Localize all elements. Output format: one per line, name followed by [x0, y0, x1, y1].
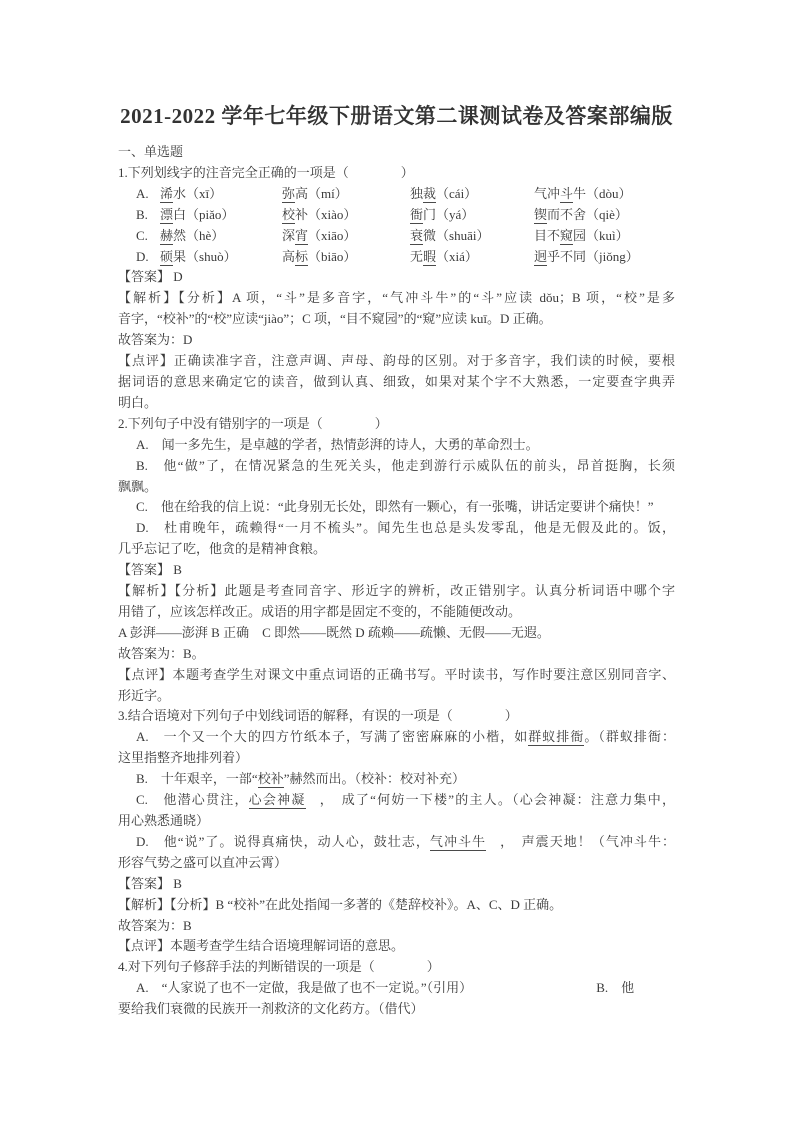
q3-option-a-line1-text: A. 一个又一个大的四方竹纸本子，写满了密密麻麻的小楷，如 [136, 729, 528, 744]
q3-option-c-line2: 用心熟悉通晓） [118, 811, 675, 832]
q1-option-d-cell-1-text: （biāo） [308, 249, 356, 264]
q1-analysis-line2-text: 音字，“校补”的“校”应读“jiào”；C 项，“目不窥园”的“窥”应读 kuī… [118, 311, 552, 326]
section-heading: 一、单选题 [118, 142, 675, 163]
q1-option-d-cell-1-underlined-text: 标 [295, 249, 308, 266]
q2-analysis-line2: 用错了，应该怎样改正。成语的用字都是固定不变的，不能随便改动。 [118, 602, 675, 623]
q2-stem: 2.下列句子中没有错别字的一项是（ ） [118, 414, 675, 435]
q3-option-d-line2-text: 形容气势之盛可以直冲云霄） [118, 855, 287, 870]
q3-option-a-line1: A. 一个又一个大的四方竹纸本子，写满了密密麻麻的小楷，如群蚁排衙。（群蚁排衙： [118, 727, 675, 748]
q1-option-c: C.赫然（hè）深宵（xiāo）衰微（shuāi）目不窥园（kuì） [118, 226, 675, 247]
q1-option-a-cell-2-underlined-text: 裁 [423, 186, 436, 203]
q3-option-a-line1-text: 。（群蚁排衙： [584, 729, 675, 744]
q3-option-d-line1-text: ， 声震天地！（气冲斗牛： [486, 834, 675, 849]
q1-option-b-letter: B. [136, 205, 160, 226]
q4-options-line1-text: B. 他 [596, 980, 634, 995]
document-title: 2021-2022 学年七年级下册语文第二课测试卷及答案部编版 [118, 99, 675, 133]
q1-option-d: D.硕果（shuò）高标（biāo）无暇（xiá）迥乎不同（jiǒng） [118, 247, 675, 268]
q1-option-c-cell-2-underlined-text: 衰 [410, 228, 423, 245]
q1-option-d-cell-0: 硕果（shuò） [160, 247, 282, 268]
q3-option-b: B. 十年艰辛，一部“校补”赫然而出。（校补：校对补充） [118, 769, 675, 790]
q4-options-line1: A. “人家说了也不一定做，我是做了也不一定说。”（引用）B. 他 [118, 978, 675, 999]
q3-option-a-line2-text: 这里指整齐地排列着） [118, 750, 248, 765]
q3-answer: 【答案】 B [118, 874, 675, 895]
q1-option-b-cell-3-text: 而不舍（qiè） [547, 207, 628, 222]
q2-option-b-line2: 飘飘。 [118, 477, 675, 498]
q1-option-d-cell-0-text: 果（shuò） [173, 249, 237, 264]
q1-option-d-letter: D. [136, 247, 160, 268]
q1-stem-text: 1.下列划线字的注音完全正确的一项是（ ） [118, 165, 414, 180]
q3-option-d-line1: D. 他“说”了。说得真痛快，动人心，鼓壮志，气冲斗牛 ， 声震天地！（气冲斗牛… [118, 832, 675, 853]
q2-answer: 【答案】 B [118, 560, 675, 581]
q2-analysis-line1: 【解析】【分析】此题是考查同音字、形近字的辨析，改正错别字。认真分析词语中哪个字 [118, 581, 675, 602]
q3-stem: 3.结合语境对下列句子中划线词语的解释，有误的一项是（ ） [118, 706, 675, 727]
q4-stem-text: 4.对下列句子修辞手法的判断错误的一项是（ ） [118, 959, 440, 974]
q2-option-a: A. 闻一多先生，是卓越的学者，热情彭湃的诗人，大勇的革命烈士。 [118, 435, 675, 456]
q2-analysis-line1-text: 【解析】【分析】此题是考查同音字、形近字的辨析，改正错别字。认真分析词语中哪个字 [118, 583, 675, 598]
q1-option-c-cell-0-underlined-text: 赫 [160, 228, 173, 245]
q1-option-c-cell-2-text: 微（shuāi） [423, 228, 489, 243]
q3-answer-text: 【答案】 B [118, 876, 182, 891]
q1-answer: 【答案】 D [118, 267, 675, 288]
q1-option-b-cell-0: 漂白（piǎo） [160, 205, 282, 226]
q1-option-d-cell-3-underlined-text: 迥 [534, 249, 547, 266]
q1-option-a-cell-3: 气冲斗牛（dòu） [534, 184, 675, 205]
q2-answer-text: 【答案】 B [118, 562, 182, 577]
q1-option-d-cell-1-text: 高 [282, 249, 295, 264]
q2-comment-line1: 【点评】本题考查学生对课文中重点词语的正确书写。平时读书，写作时要注意区别同音字… [118, 665, 675, 686]
q1-option-a-cell-0-text: 水（xī） [173, 186, 222, 201]
q1-analysis-line1-text: 【解析】【分析】A 项，“斗”是多音字，“气冲斗牛”的“斗”应读 dǒu；B 项… [118, 290, 675, 305]
q3-option-a-line2: 这里指整齐地排列着） [118, 748, 675, 769]
q2-corrections: A 彭湃——澎湃 B 正确 C 即然——既然 D 疏赖——疏懒、无假——无遐。 [118, 623, 675, 644]
q4-options-line2: 要给我们衰微的民族开一剂救济的文化药方。（借代） [118, 999, 675, 1020]
q1-option-c-cell-3-underlined-text: 窥 [560, 228, 573, 245]
q1-comment-line2-text: 据词语的意思来确定它的读音，做到认真、细致，如果对某个字不大熟悉，一定要查字典弄 [118, 374, 675, 389]
q2-option-d-line2-text: 几乎忘记了吃，他贪的是精神食粮。 [118, 541, 326, 556]
q1-option-d-cell-1: 高标（biāo） [282, 247, 410, 268]
q3-option-b-text: ”赫然而出。（校补：校对补充） [284, 771, 465, 786]
q2-stem-text: 2.下列句子中没有错别字的一项是（ ） [118, 416, 388, 431]
q3-comment-text: 【点评】本题考查学生结合语境理解词语的意思。 [118, 938, 404, 953]
q1-option-a-letter: A. [136, 184, 160, 205]
q1-option-d-cell-3: 迥乎不同（jiǒng） [534, 247, 675, 268]
q1-option-d-cell-3-text: 乎不同（jiǒng） [547, 249, 639, 264]
document-lines: 一、单选题1.下列划线字的注音完全正确的一项是（ ）A.浠水（xī）弥高（mí）… [118, 142, 675, 1020]
section-heading-text: 一、单选题 [118, 144, 183, 159]
q1-option-c-cell-1-text: （xiāo） [308, 228, 356, 243]
q2-option-d-line2: 几乎忘记了吃，他贪的是精神食粮。 [118, 539, 675, 560]
q1-option-a-cell-2: 独裁（cái） [410, 184, 534, 205]
q1-option-c-cell-1-text: 深 [282, 228, 295, 243]
q1-answer-text: 【答案】 D [118, 269, 183, 284]
q1-option-a-cell-3-text: 气冲 [534, 186, 560, 201]
q2-conclusion-text: 故答案为：B。 [118, 646, 205, 661]
q1-conclusion: 故答案为：D [118, 330, 675, 351]
q3-comment: 【点评】本题考查学生结合语境理解词语的意思。 [118, 936, 675, 957]
q1-option-c-cell-1-underlined-text: 宵 [295, 228, 308, 245]
q2-option-b-line2-text: 飘飘。 [118, 479, 157, 494]
q3-option-c-line2-text: 用心熟悉通晓） [118, 813, 209, 828]
q1-option-a-cell-1-text: 高（mí） [295, 186, 348, 201]
q2-option-d-line1: D. 杜甫晚年，疏赖得“一月不梳头”。闻先生也总是头发零乱，他是无假及此的。饭， [118, 518, 675, 539]
q4-stem: 4.对下列句子修辞手法的判断错误的一项是（ ） [118, 957, 675, 978]
q3-conclusion-text: 故答案为：B [118, 918, 192, 933]
document-page: 2021-2022 学年七年级下册语文第二课测试卷及答案部编版 一、单选题1.下… [0, 0, 793, 1122]
q1-option-b-cell-1-underlined-text: 校 [282, 207, 295, 224]
q1-option-a-cell-1: 弥高（mí） [282, 184, 410, 205]
q1-option-c-cell-3: 目不窥园（kuì） [534, 226, 675, 247]
q2-comment-line1-text: 【点评】本题考查学生对课文中重点词语的正确书写。平时读书，写作时要注意区别同音字… [118, 667, 675, 682]
q1-comment-line1-text: 【点评】正确读准字音，注意声调、声母、韵母的区别。对于多音字，我们读的时候，要根 [118, 353, 675, 368]
q1-option-b-cell-2-underlined-text: 衙 [410, 207, 423, 224]
q1-option-a-cell-3-underlined-text: 斗 [560, 186, 573, 203]
q1-option-c-cell-3-text: 园（kuì） [573, 228, 629, 243]
q1-option-d-cell-2: 无暇（xiá） [410, 247, 534, 268]
q1-option-b-cell-3: 锲而不舍（qiè） [534, 205, 675, 226]
q1-comment-line3-text: 明白。 [118, 395, 157, 410]
q1-conclusion-text: 故答案为：D [118, 332, 192, 347]
q1-analysis-line2: 音字，“校补”的“校”应读“jiào”；C 项，“目不窥园”的“窥”应读 kuī… [118, 309, 675, 330]
q1-analysis-line1: 【解析】【分析】A 项，“斗”是多音字，“气冲斗牛”的“斗”应读 dǒu；B 项… [118, 288, 675, 309]
q3-conclusion: 故答案为：B [118, 916, 675, 937]
q1-option-a-cell-1-underlined-text: 弥 [282, 186, 295, 203]
q3-option-c-line1: C. 他潜心贯注，心会神凝 ， 成了“何妨一下楼”的主人。（心会神凝：注意力集中… [118, 790, 675, 811]
q4-options-line1-text: A. “人家说了也不一定做，我是做了也不一定说。”（引用） [136, 980, 472, 995]
q1-option-a-cell-0: 浠水（xī） [160, 184, 282, 205]
q2-comment-line2-text: 形近字。 [118, 688, 170, 703]
q2-corrections-text: A 彭湃——澎湃 B 正确 C 即然——既然 D 疏赖——疏懒、无假——无遐。 [118, 625, 550, 640]
q2-comment-line2: 形近字。 [118, 686, 675, 707]
q3-option-b-underlined-text: 校补 [258, 771, 284, 788]
q2-option-c: C. 他在给我的信上说：“此身别无长处，即然有一颗心，有一张嘴，讲话定要讲个痛快… [118, 497, 675, 518]
q3-stem-text: 3.结合语境对下列句子中划线词语的解释，有误的一项是（ ） [118, 708, 518, 723]
spacer [472, 991, 596, 992]
q3-option-c-line1-underlined-text: 心会神凝 [249, 792, 306, 809]
q3-option-a-line1-underlined-text: 群蚁排衙 [528, 729, 584, 746]
q2-option-b-line1-text: B. 他“做”了，在情况紧急的生死关头，他走到游行示威队伍的前头，昂首挺胸，长须 [136, 458, 675, 473]
q1-option-c-cell-0: 赫然（hè） [160, 226, 282, 247]
q3-analysis-text: 【解析】【分析】B “校补”在此处指闻一多著的《楚辞校补》。A、C、D 正确。 [118, 897, 562, 912]
q1-option-c-cell-1: 深宵（xiāo） [282, 226, 410, 247]
q2-analysis-line2-text: 用错了，应该怎样改正。成语的用字都是固定不变的，不能随便改动。 [118, 604, 521, 619]
q1-option-b-cell-3-underlined-text: 锲 [534, 207, 547, 224]
q3-option-d-line1-text: D. 他“说”了。说得真痛快，动人心，鼓壮志， [136, 834, 430, 849]
q1-comment-line1: 【点评】正确读准字音，注意声调、声母、韵母的区别。对于多音字，我们读的时候，要根 [118, 351, 675, 372]
q3-option-d-line2: 形容气势之盛可以直冲云霄） [118, 853, 675, 874]
q1-option-a-cell-3-text: 牛（dòu） [573, 186, 632, 201]
q2-conclusion: 故答案为：B。 [118, 644, 675, 665]
q1-option-b-cell-1-text: 补（xiào） [295, 207, 356, 222]
q1-option-d-cell-0-underlined-text: 硕 [160, 249, 173, 266]
q1-option-a-cell-2-text: （cái） [436, 186, 477, 201]
q4-options-line2-text: 要给我们衰微的民族开一剂救济的文化药方。（借代） [118, 1001, 424, 1016]
q1-comment-line3: 明白。 [118, 393, 675, 414]
q1-option-a-cell-2-text: 独 [410, 186, 423, 201]
q1-option-b-cell-0-underlined-text: 漂 [160, 207, 173, 224]
q1-option-d-cell-2-underlined-text: 暇 [423, 249, 436, 266]
q3-option-c-line1-text: C. 他潜心贯注， [136, 792, 249, 807]
q3-analysis: 【解析】【分析】B “校补”在此处指闻一多著的《楚辞校补》。A、C、D 正确。 [118, 895, 675, 916]
q3-option-c-line1-text: ， 成了“何妨一下楼”的主人。（心会神凝：注意力集中， [306, 792, 675, 807]
q3-option-d-line1-underlined-text: 气冲斗牛 [430, 834, 486, 851]
document-content: 2021-2022 学年七年级下册语文第二课测试卷及答案部编版 一、单选题1.下… [118, 99, 675, 1020]
q1-option-c-letter: C. [136, 226, 160, 247]
q1-option-a: A.浠水（xī）弥高（mí）独裁（cái）气冲斗牛（dòu） [118, 184, 675, 205]
q1-option-b: B.漂白（piǎo）校补（xiào）衙门（yá）锲而不舍（qiè） [118, 205, 675, 226]
q1-option-b-cell-2-text: 门（yá） [423, 207, 474, 222]
q1-option-d-cell-2-text: 无 [410, 249, 423, 264]
q1-option-c-cell-2: 衰微（shuāi） [410, 226, 534, 247]
q1-stem: 1.下列划线字的注音完全正确的一项是（ ） [118, 163, 675, 184]
q1-option-c-cell-0-text: 然（hè） [173, 228, 224, 243]
q1-option-b-cell-0-text: 白（piǎo） [173, 207, 234, 222]
q1-comment-line2: 据词语的意思来确定它的读音，做到认真、细致，如果对某个字不大熟悉，一定要查字典弄 [118, 372, 675, 393]
q1-option-d-cell-2-text: （xiá） [436, 249, 478, 264]
q2-option-c-text: C. 他在给我的信上说：“此身别无长处，即然有一颗心，有一张嘴，讲话定要讲个痛快… [136, 499, 653, 514]
q1-option-c-cell-3-text: 目不 [534, 228, 560, 243]
q2-option-d-line1-text: D. 杜甫晚年，疏赖得“一月不梳头”。闻先生也总是头发零乱，他是无假及此的。饭， [136, 520, 675, 535]
q2-option-b-line1: B. 他“做”了，在情况紧急的生死关头，他走到游行示威队伍的前头，昂首挺胸，长须 [118, 456, 675, 477]
q2-option-a-text: A. 闻一多先生，是卓越的学者，热情彭湃的诗人，大勇的革命烈士。 [136, 437, 539, 452]
q3-option-b-text: B. 十年艰辛，一部“ [136, 771, 258, 786]
q1-option-a-cell-0-underlined-text: 浠 [160, 186, 173, 203]
q1-option-b-cell-2: 衙门（yá） [410, 205, 534, 226]
q1-option-b-cell-1: 校补（xiào） [282, 205, 410, 226]
